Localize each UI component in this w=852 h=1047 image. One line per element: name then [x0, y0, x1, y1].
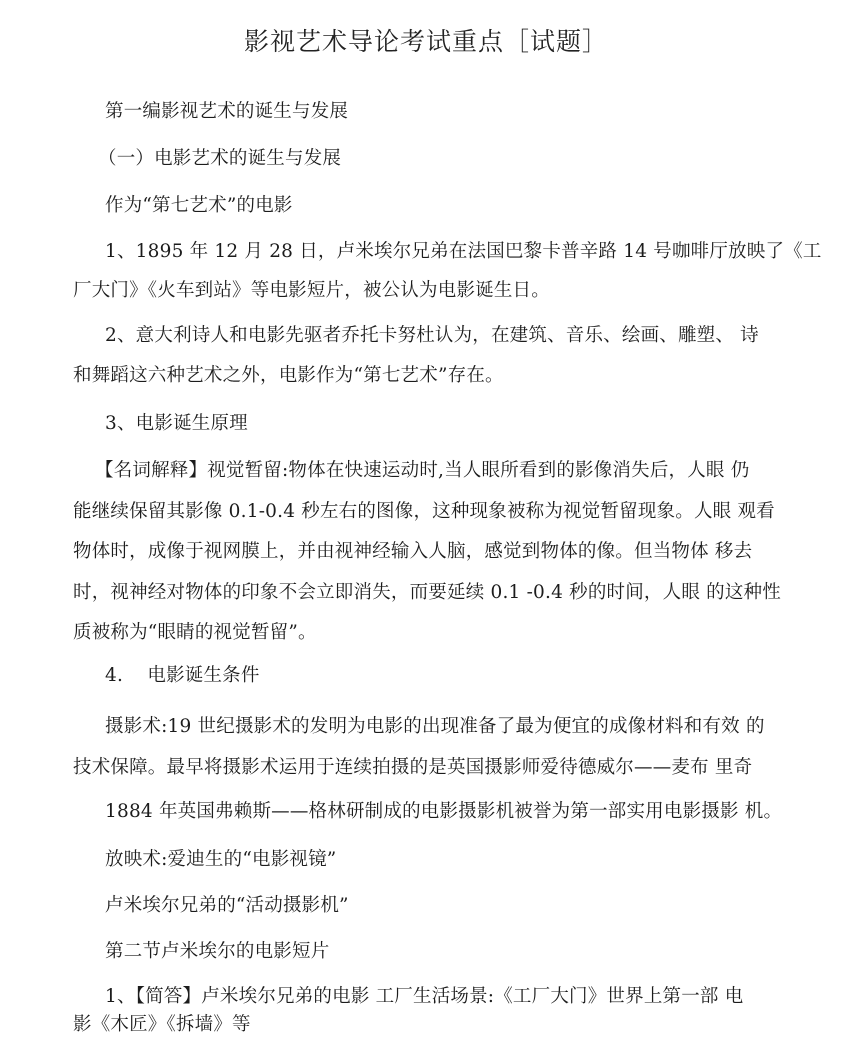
paragraph-line: 1、【简答】卢米埃尔兄弟的电影 工厂生活场景:《工厂大门》世界上第一部 电: [105, 982, 743, 1008]
subheading-conditions: 4. 电影诞生条件: [105, 661, 260, 687]
paragraph-line: 和舞蹈这六种艺术之外，电影作为“第七艺术”存在。: [73, 361, 504, 387]
paragraph-line: 放映术:爱迪生的“电影视镜”: [105, 845, 336, 871]
paragraph-line: 1884 年英国弗赖斯——格林研制成的电影摄影机被誉为第一部实用电影摄影 机。: [105, 797, 782, 823]
heading-section-one: （一）电影艺术的诞生与发展: [98, 144, 341, 170]
paragraph-line: 1、1895 年 12 月 28 日，卢米埃尔兄弟在法国巴黎卡普辛路 14 号咖…: [105, 237, 822, 263]
paragraph-line: 质被称为“眼睛的视觉暂留”。: [73, 618, 317, 644]
paragraph-line: 摄影术:19 世纪摄影术的发明为电影的出现准备了最为便宜的成像材料和有效 的: [105, 712, 765, 738]
paragraph-line: 【名词解释】视觉暂留:物体在快速运动时,当人眼所看到的影像消失后，人眼 仍: [95, 456, 749, 482]
paragraph-line: 卢米埃尔兄弟的“活动摄影机”: [105, 891, 349, 917]
paragraph-line: 影《木匠》《拆墙》等: [73, 1010, 251, 1036]
document-title: 影视艺术导论考试重点［试题］: [0, 22, 852, 58]
heading-section-two: 第二节卢米埃尔的电影短片: [105, 937, 329, 963]
paragraph-line: 能继续保留其影像 0.1-0.4 秒左右的图像，这种现象被称为视觉暂留现象。人眼…: [73, 497, 775, 523]
subheading-seventh-art: 作为“第七艺术”的电影: [105, 191, 293, 217]
paragraph-line: 物体时，成像于视网膜上，并由视神经输入人脑，感觉到物体的像。但当物体 移去: [73, 537, 752, 563]
subheading-principle: 3、电影诞生原理: [105, 409, 248, 435]
paragraph-line: 技术保障。最早将摄影术运用于连续拍摄的是英国摄影师爱待德威尔——麦布 里奇: [73, 753, 752, 779]
paragraph-line: 2、意大利诗人和电影先驱者乔托卡努杜认为，在建筑、音乐、绘画、雕塑、 诗: [105, 321, 759, 347]
paragraph-line: 厂大门》《火车到站》等电影短片，被公认为电影诞生日。: [73, 276, 550, 302]
heading-part-one: 第一编影视艺术的诞生与发展: [105, 97, 348, 123]
paragraph-line: 时，视神经对物体的印象不会立即消失，而要延续 0.1 -0.4 秒的时间，人眼 …: [73, 578, 781, 604]
